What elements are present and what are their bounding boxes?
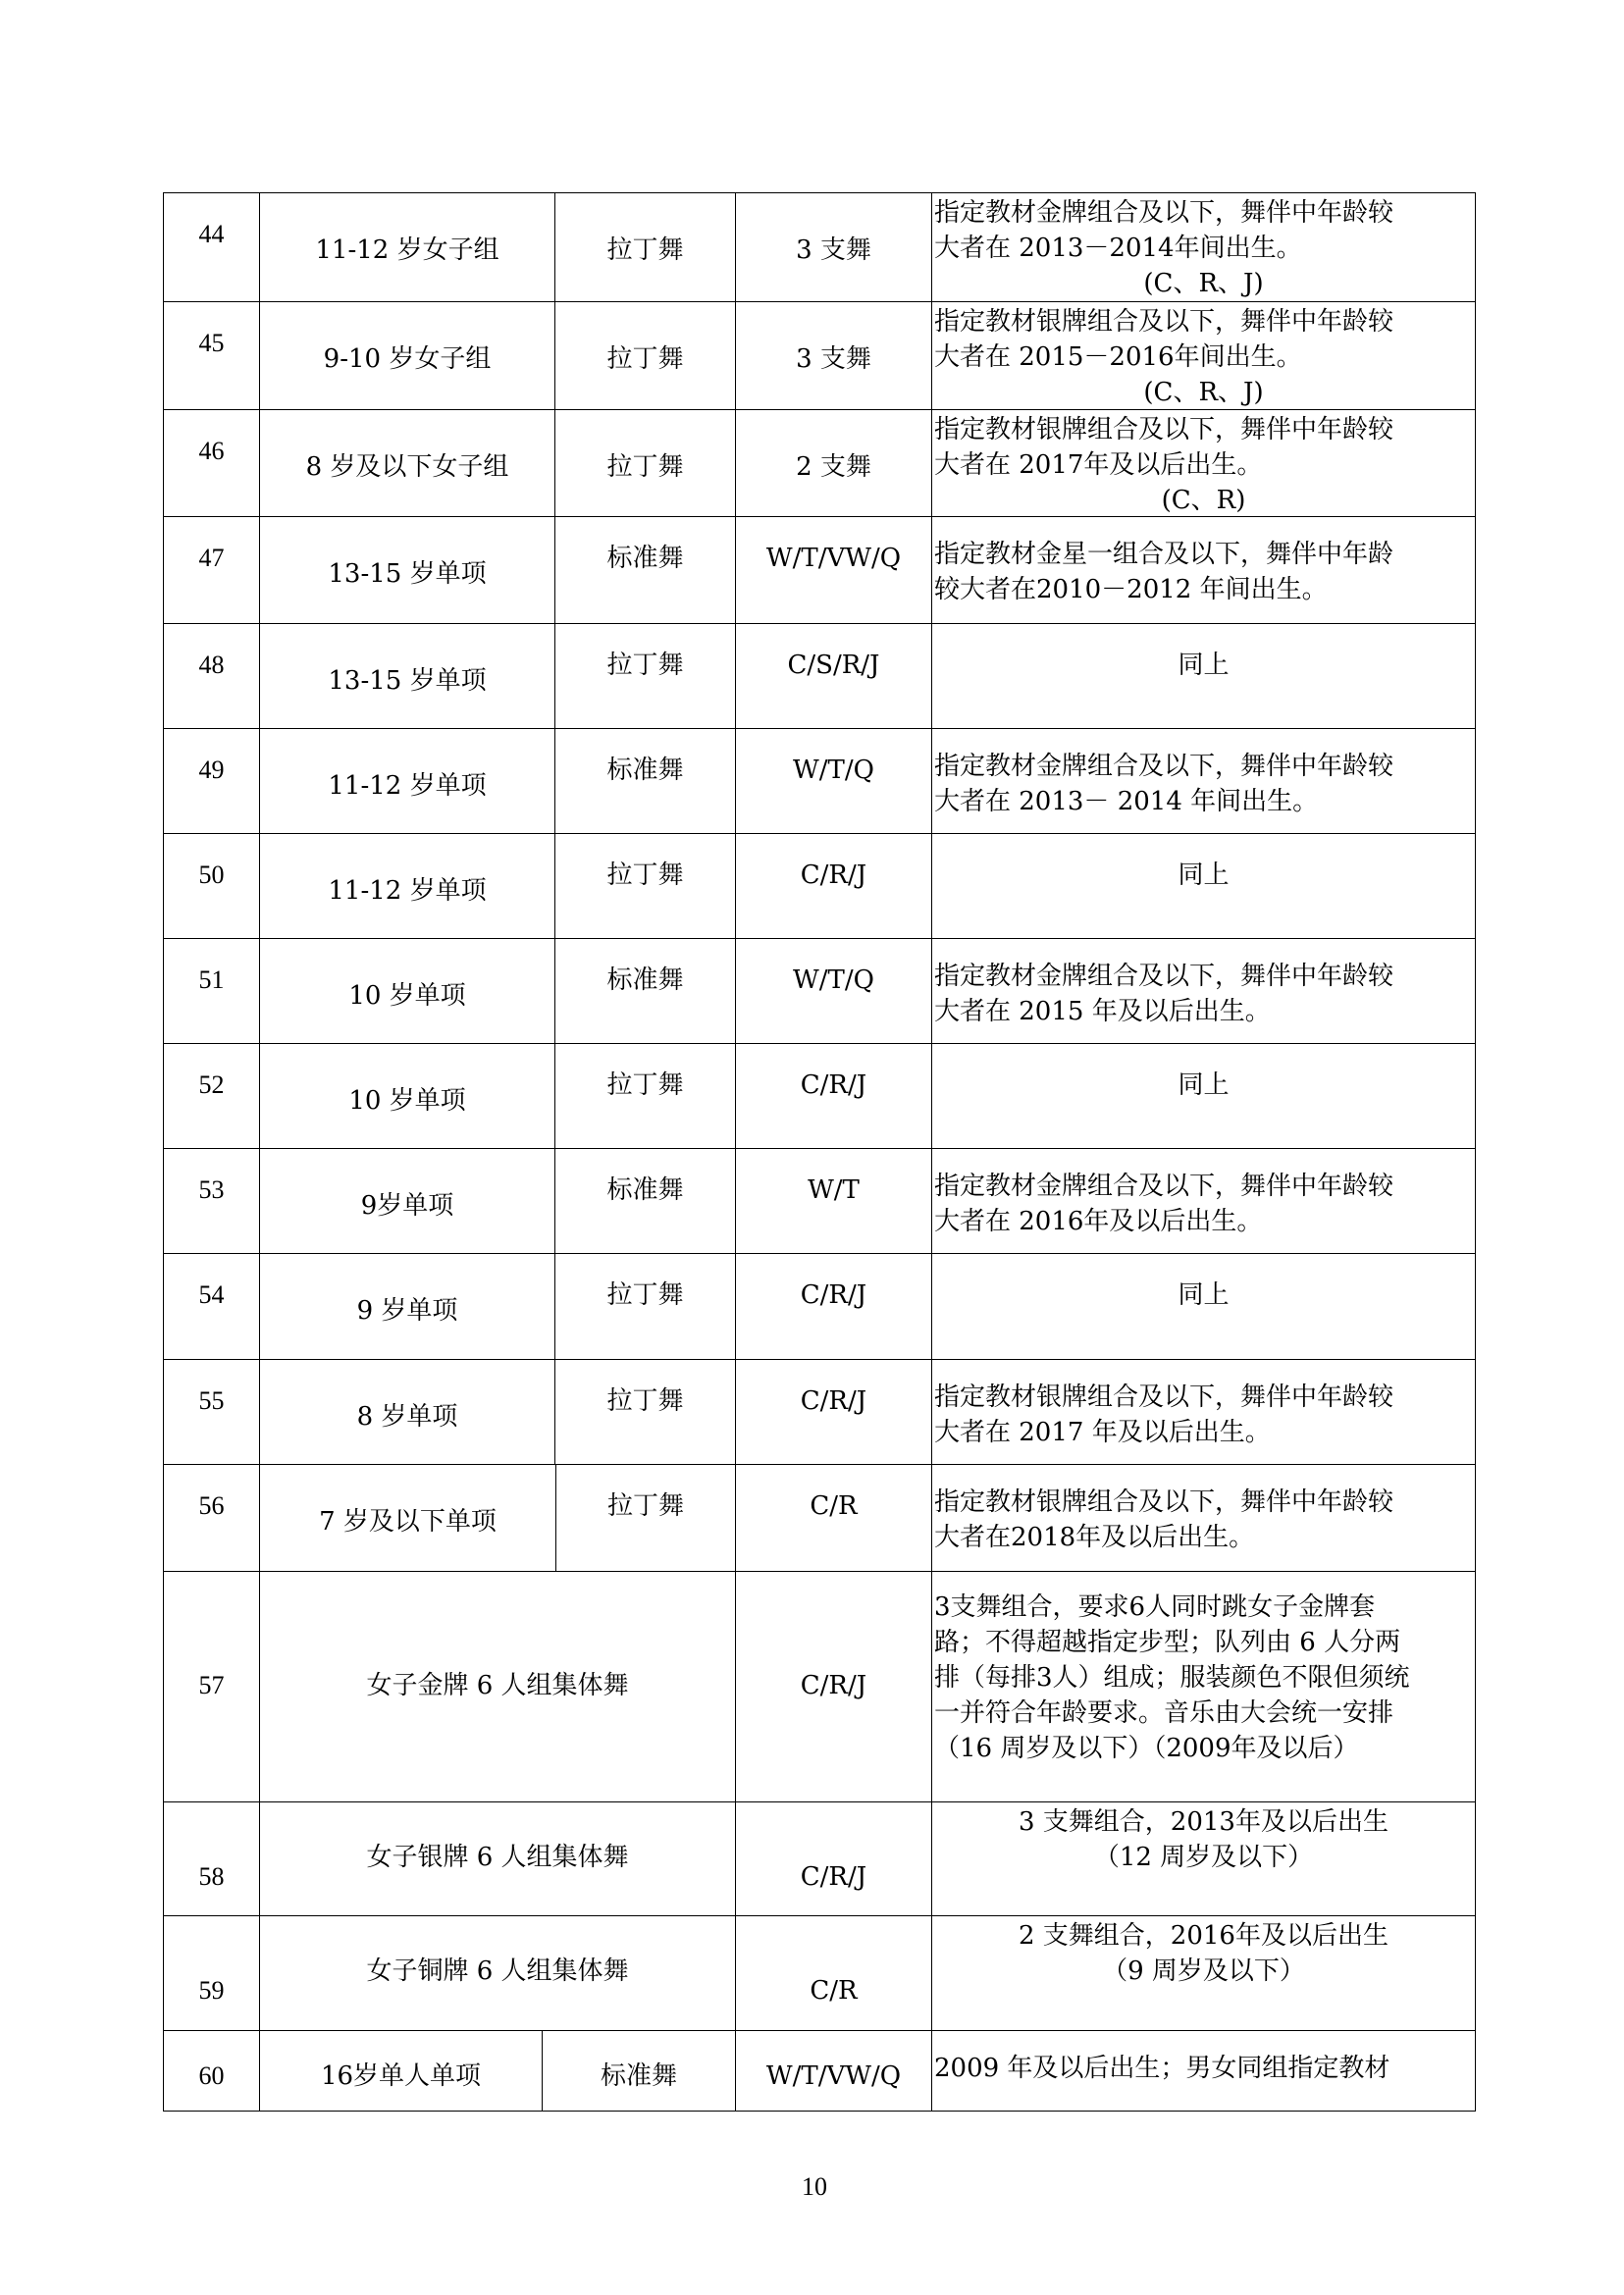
cell-dance-type: 拉丁舞 <box>554 409 736 517</box>
dances: C/R/J <box>736 1383 931 1419</box>
row-number: 46 <box>164 434 259 469</box>
group-label: 女子金牌 6 人组集体舞 <box>260 1668 735 1703</box>
note-text: 3支舞组合，要求6人同时跳女子金牌套 路；不得超越指定步型；队列由 6 人分两 … <box>934 1590 1473 1766</box>
cell-number: 51 <box>163 938 260 1044</box>
cell-dances: 3 支舞 <box>735 301 932 410</box>
dance-type: 拉丁舞 <box>555 449 735 485</box>
cell-group: 16岁单人单项 <box>259 2030 543 2112</box>
dances: C/R <box>736 1488 931 1524</box>
note-line: 指定教材银牌组合及以下，舞伴中年龄较 <box>934 1485 1473 1520</box>
note-text: 同上 <box>932 1278 1475 1313</box>
group-label: 女子银牌 6 人组集体舞 <box>260 1840 735 1875</box>
row-number: 58 <box>164 1859 259 1895</box>
dance-type: 标准舞 <box>543 2059 735 2094</box>
note-text: 指定教材金牌组合及以下，舞伴中年龄较 大者在 2013－ 2014 年间出生。 <box>934 749 1473 819</box>
cell-group: 10 岁单项 <box>259 938 555 1044</box>
cell-dance-type: 标准舞 <box>554 728 736 834</box>
competition-events-table: 44 11-12 岁女子组 拉丁舞 3 支舞 指定教材金牌组合及以下，舞伴中年龄… <box>0 0 1624 2295</box>
row-number: 60 <box>164 2059 259 2094</box>
note-line: (C、R、J) <box>934 375 1473 410</box>
note-line: 大者在 2017 年及以后出生。 <box>934 1415 1473 1450</box>
note-line: 较大者在2010－2012 年间出生。 <box>934 572 1473 607</box>
note-line: 2009 年及以后出生；男女同组指定教材 <box>934 2051 1473 2086</box>
group-label: 9 岁单项 <box>260 1293 554 1329</box>
cell-group: 9岁单项 <box>259 1148 555 1254</box>
group-label: 11-12 岁单项 <box>260 768 554 804</box>
note-text: 指定教材银牌组合及以下，舞伴中年龄较 大者在 2017 年及以后出生。 <box>934 1380 1473 1450</box>
dance-type: 拉丁舞 <box>555 648 735 683</box>
note-line: 大者在 2013－ 2014 年间出生。 <box>934 784 1473 819</box>
cell-group: 8 岁及以下女子组 <box>259 409 555 517</box>
note-text: 指定教材金牌组合及以下，舞伴中年龄较 大者在 2013－2014年间出生。 (C… <box>934 195 1473 301</box>
cell-note: 指定教材金牌组合及以下，舞伴中年龄较 大者在 2013－ 2014 年间出生。 <box>931 728 1476 834</box>
row-number: 55 <box>164 1383 259 1419</box>
note-text: 指定教材金牌组合及以下，舞伴中年龄较 大者在 2015 年及以后出生。 <box>934 959 1473 1029</box>
dances: W/T <box>736 1173 931 1208</box>
row-number: 45 <box>164 326 259 361</box>
row-number: 50 <box>164 858 259 893</box>
note-line: 指定教材金牌组合及以下，舞伴中年龄较 <box>934 1169 1473 1204</box>
cell-dance-type: 标准舞 <box>554 938 736 1044</box>
cell-dance-type: 拉丁舞 <box>555 1464 736 1572</box>
cell-number: 47 <box>163 516 260 624</box>
note-line: 3支舞组合，要求6人同时跳女子金牌套 <box>934 1590 1473 1625</box>
cell-number: 55 <box>163 1359 260 1465</box>
cell-dances: 3 支舞 <box>735 192 932 302</box>
group-label: 9-10 岁女子组 <box>260 341 554 377</box>
dance-type: 拉丁舞 <box>555 1068 735 1103</box>
cell-note: 3 支舞组合，2013年及以后出生 （12 周岁及以下） <box>931 1801 1476 1916</box>
cell-group-merged: 女子铜牌 6 人组集体舞 <box>259 1915 736 2031</box>
row-number: 57 <box>164 1668 259 1703</box>
cell-dances: 2 支舞 <box>735 409 932 517</box>
dance-type: 标准舞 <box>555 541 735 576</box>
cell-group: 9-10 岁女子组 <box>259 301 555 410</box>
cell-dance-type: 拉丁舞 <box>554 623 736 729</box>
cell-dance-type: 标准舞 <box>554 1148 736 1254</box>
cell-group-merged: 女子银牌 6 人组集体舞 <box>259 1801 736 1916</box>
row-number: 44 <box>164 217 259 252</box>
note-text: 2 支舞组合，2016年及以后出生 （9 周岁及以下） <box>934 1918 1473 1989</box>
row-number: 59 <box>164 1973 259 2008</box>
note-line: 大者在 2015 年及以后出生。 <box>934 994 1473 1029</box>
group-label: 11-12 岁单项 <box>260 873 554 909</box>
cell-number: 54 <box>163 1253 260 1360</box>
cell-note: 同上 <box>931 623 1476 729</box>
cell-group: 13-15 岁单项 <box>259 516 555 624</box>
dance-type: 拉丁舞 <box>555 1278 735 1313</box>
dances: C/R/J <box>736 1278 931 1313</box>
dance-type: 拉丁舞 <box>555 233 735 268</box>
note-line: 指定教材金牌组合及以下，舞伴中年龄较 <box>934 959 1473 994</box>
group-label: 9岁单项 <box>260 1188 554 1224</box>
note-text: 指定教材银牌组合及以下，舞伴中年龄较 大者在 2017年及以后出生。 (C、R) <box>934 412 1473 518</box>
group-label: 7 岁及以下单项 <box>260 1504 555 1539</box>
cell-note: 指定教材金牌组合及以下，舞伴中年龄较 大者在 2015 年及以后出生。 <box>931 938 1476 1044</box>
note-text: 2009 年及以后出生；男女同组指定教材 <box>934 2051 1473 2086</box>
cell-note: 同上 <box>931 833 1476 939</box>
cell-group: 11-12 岁女子组 <box>259 192 555 302</box>
cell-group: 9 岁单项 <box>259 1253 555 1360</box>
cell-note: 3支舞组合，要求6人同时跳女子金牌套 路；不得超越指定步型；队列由 6 人分两 … <box>931 1571 1476 1802</box>
cell-dances: W/T/VW/Q <box>735 516 932 624</box>
dances: C/R/J <box>736 858 931 893</box>
cell-dances: W/T/Q <box>735 728 932 834</box>
cell-dance-type: 标准舞 <box>554 516 736 624</box>
cell-group: 8 岁单项 <box>259 1359 555 1465</box>
note-line: 大者在 2015－2016年间出生。 <box>934 339 1473 375</box>
dance-type: 标准舞 <box>555 1173 735 1208</box>
page-number: 10 <box>765 2172 864 2202</box>
note-line: 指定教材银牌组合及以下，舞伴中年龄较 <box>934 1380 1473 1415</box>
note-line: 2 支舞组合，2016年及以后出生 <box>934 1918 1473 1954</box>
cell-number: 60 <box>163 2030 260 2112</box>
note-text: 同上 <box>932 648 1475 683</box>
cell-group: 13-15 岁单项 <box>259 623 555 729</box>
dance-type: 拉丁舞 <box>555 1383 735 1419</box>
cell-note: 同上 <box>931 1043 1476 1149</box>
note-line: （16 周岁及以下）（2009年及以后） <box>934 1731 1473 1766</box>
cell-note: 指定教材金牌组合及以下，舞伴中年龄较 大者在 2016年及以后出生。 <box>931 1148 1476 1254</box>
cell-note: 指定教材金星一组合及以下，舞伴中年龄 较大者在2010－2012 年间出生。 <box>931 516 1476 624</box>
row-number: 49 <box>164 753 259 788</box>
cell-dance-type: 拉丁舞 <box>554 833 736 939</box>
group-label: 11-12 岁女子组 <box>260 233 554 268</box>
dances: W/T/VW/Q <box>736 541 931 576</box>
cell-group: 11-12 岁单项 <box>259 833 555 939</box>
note-line: (C、R、J) <box>934 266 1473 301</box>
cell-dances: C/R/J <box>735 1253 932 1360</box>
note-line: 指定教材银牌组合及以下，舞伴中年龄较 <box>934 304 1473 339</box>
note-line: 3 支舞组合，2013年及以后出生 <box>934 1804 1473 1840</box>
dances: C/R/J <box>736 1068 931 1103</box>
note-line: （12 周岁及以下） <box>934 1840 1473 1875</box>
note-line: 大者在 2016年及以后出生。 <box>934 1204 1473 1239</box>
note-line: (C、R) <box>934 483 1473 518</box>
group-label: 13-15 岁单项 <box>260 663 554 699</box>
dances: C/R/J <box>736 1668 931 1703</box>
row-number: 51 <box>164 963 259 998</box>
cell-number: 48 <box>163 623 260 729</box>
cell-dance-type: 拉丁舞 <box>554 1253 736 1360</box>
cell-note: 同上 <box>931 1253 1476 1360</box>
cell-number: 44 <box>163 192 260 302</box>
group-label: 8 岁单项 <box>260 1399 554 1434</box>
note-line: 指定教材金牌组合及以下，舞伴中年龄较 <box>934 195 1473 231</box>
note-text: 指定教材银牌组合及以下，舞伴中年龄较 大者在 2015－2016年间出生。 (C… <box>934 304 1473 410</box>
group-label: 10 岁单项 <box>260 978 554 1014</box>
note-line: 指定教材银牌组合及以下，舞伴中年龄较 <box>934 412 1473 447</box>
cell-dance-type: 拉丁舞 <box>554 301 736 410</box>
dances: C/R/J <box>736 1859 931 1895</box>
dance-type: 标准舞 <box>555 963 735 998</box>
dances: 3 支舞 <box>736 233 931 268</box>
note-text: 指定教材银牌组合及以下，舞伴中年龄较 大者在2018年及以后出生。 <box>934 1485 1473 1555</box>
note-line: 大者在 2013－2014年间出生。 <box>934 231 1473 266</box>
note-line: 排（每排3人）组成；服装颜色不限但须统 <box>934 1660 1473 1695</box>
cell-group: 7 岁及以下单项 <box>259 1464 556 1572</box>
cell-note: 指定教材银牌组合及以下，舞伴中年龄较 大者在2018年及以后出生。 <box>931 1464 1476 1572</box>
cell-dances: W/T/Q <box>735 938 932 1044</box>
cell-number: 57 <box>163 1571 260 1802</box>
group-label: 16岁单人单项 <box>260 2059 542 2094</box>
cell-number: 59 <box>163 1915 260 2031</box>
note-line: 路；不得超越指定步型；队列由 6 人分两 <box>934 1625 1473 1660</box>
group-label: 8 岁及以下女子组 <box>260 449 554 485</box>
cell-note: 指定教材银牌组合及以下，舞伴中年龄较 大者在 2015－2016年间出生。 (C… <box>931 301 1476 410</box>
cell-note: 指定教材银牌组合及以下，舞伴中年龄较 大者在 2017年及以后出生。 (C、R) <box>931 409 1476 517</box>
dances: W/T/VW/Q <box>736 2059 931 2094</box>
note-line: （9 周岁及以下） <box>934 1954 1473 1989</box>
note-text: 同上 <box>932 858 1475 893</box>
note-line: 一并符合年龄要求。音乐由大会统一安排 <box>934 1695 1473 1731</box>
note-text: 指定教材金星一组合及以下，舞伴中年龄 较大者在2010－2012 年间出生。 <box>934 537 1473 607</box>
dance-type: 拉丁舞 <box>555 341 735 377</box>
dance-type: 拉丁舞 <box>555 858 735 893</box>
dances: W/T/Q <box>736 753 931 788</box>
group-label: 10 岁单项 <box>260 1083 554 1119</box>
dances: 2 支舞 <box>736 449 931 485</box>
cell-dances: C/R/J <box>735 1571 932 1802</box>
note-line: 指定教材金牌组合及以下，舞伴中年龄较 <box>934 749 1473 784</box>
cell-dances: C/R/J <box>735 833 932 939</box>
cell-dances: W/T/VW/Q <box>735 2030 932 2112</box>
cell-dance-type: 拉丁舞 <box>554 192 736 302</box>
dances: C/R <box>736 1973 931 2008</box>
cell-number: 46 <box>163 409 260 517</box>
cell-note: 指定教材银牌组合及以下，舞伴中年龄较 大者在 2017 年及以后出生。 <box>931 1359 1476 1465</box>
row-number: 56 <box>164 1488 259 1524</box>
cell-note: 2009 年及以后出生；男女同组指定教材 <box>931 2030 1476 2112</box>
cell-dances: C/R <box>735 1464 932 1572</box>
note-line: 大者在2018年及以后出生。 <box>934 1520 1473 1555</box>
cell-dances: C/S/R/J <box>735 623 932 729</box>
dance-type: 标准舞 <box>555 753 735 788</box>
cell-dance-type: 拉丁舞 <box>554 1043 736 1149</box>
cell-number: 45 <box>163 301 260 410</box>
note-line: 指定教材金星一组合及以下，舞伴中年龄 <box>934 537 1473 572</box>
cell-group-merged: 女子金牌 6 人组集体舞 <box>259 1571 736 1802</box>
cell-number: 49 <box>163 728 260 834</box>
note-text: 同上 <box>932 1068 1475 1103</box>
row-number: 48 <box>164 648 259 683</box>
cell-dances: C/R/J <box>735 1359 932 1465</box>
group-label: 13-15 岁单项 <box>260 556 554 592</box>
cell-dances: W/T <box>735 1148 932 1254</box>
note-line: 大者在 2017年及以后出生。 <box>934 447 1473 483</box>
cell-dances: C/R/J <box>735 1801 932 1916</box>
cell-dances: C/R/J <box>735 1043 932 1149</box>
cell-dance-type: 拉丁舞 <box>554 1359 736 1465</box>
cell-number: 58 <box>163 1801 260 1916</box>
document-page: 44 11-12 岁女子组 拉丁舞 3 支舞 指定教材金牌组合及以下，舞伴中年龄… <box>0 0 1624 2295</box>
row-number: 52 <box>164 1068 259 1103</box>
cell-dance-type: 标准舞 <box>542 2030 736 2112</box>
cell-group: 11-12 岁单项 <box>259 728 555 834</box>
note-text: 3 支舞组合，2013年及以后出生 （12 周岁及以下） <box>934 1804 1473 1875</box>
cell-number: 52 <box>163 1043 260 1149</box>
cell-number: 53 <box>163 1148 260 1254</box>
row-number: 53 <box>164 1173 259 1208</box>
cell-number: 56 <box>163 1464 260 1572</box>
dances: 3 支舞 <box>736 341 931 377</box>
dances: C/S/R/J <box>736 648 931 683</box>
cell-group: 10 岁单项 <box>259 1043 555 1149</box>
cell-number: 50 <box>163 833 260 939</box>
dances: W/T/Q <box>736 963 931 998</box>
cell-note: 2 支舞组合，2016年及以后出生 （9 周岁及以下） <box>931 1915 1476 2031</box>
note-text: 指定教材金牌组合及以下，舞伴中年龄较 大者在 2016年及以后出生。 <box>934 1169 1473 1239</box>
row-number: 47 <box>164 541 259 576</box>
dance-type: 拉丁舞 <box>556 1488 735 1524</box>
cell-note: 指定教材金牌组合及以下，舞伴中年龄较 大者在 2013－2014年间出生。 (C… <box>931 192 1476 302</box>
cell-dances: C/R <box>735 1915 932 2031</box>
row-number: 54 <box>164 1278 259 1313</box>
group-label: 女子铜牌 6 人组集体舞 <box>260 1954 735 1989</box>
